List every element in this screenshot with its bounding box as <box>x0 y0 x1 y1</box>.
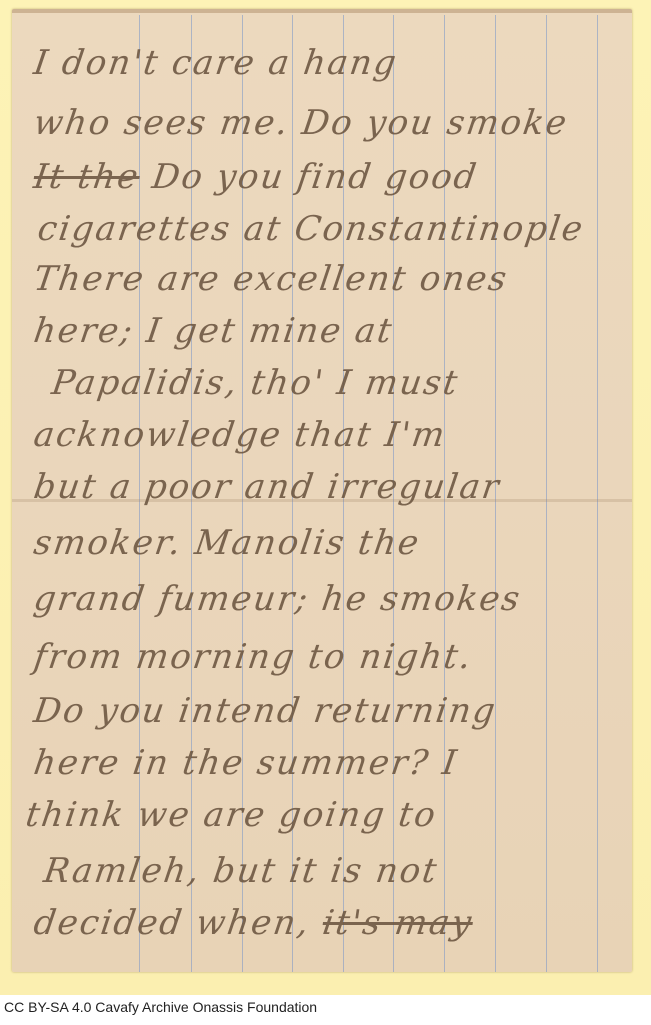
handwriting-line: cigarettes at Constantinople <box>35 209 587 249</box>
handwriting-line: but a poor and irregular <box>31 467 503 507</box>
handwriting-line: I don't care a hang <box>31 43 400 83</box>
handwriting-line: decided when, it's may <box>31 903 475 943</box>
handwritten-text: I don't care a hang who sees me. Do you … <box>12 9 632 972</box>
handwriting-line: acknowledge that I'm <box>31 415 449 455</box>
line-text: Do you find good <box>150 157 481 197</box>
handwriting-line: think we are going to <box>23 795 440 835</box>
struck-text: It the <box>31 157 142 197</box>
handwriting-line: There are excellent ones <box>31 259 511 299</box>
letter-page: I don't care a hang who sees me. Do you … <box>12 9 632 972</box>
handwriting-line: Papalidis, tho' I must <box>49 363 461 403</box>
handwriting-line: here in the summer? I <box>31 743 461 783</box>
handwriting-line: Ramleh, but it is not <box>41 851 441 891</box>
struck-text: it's may <box>320 903 475 943</box>
handwriting-line: grand fumeur; he smokes <box>31 579 524 619</box>
handwriting-line: here; I get mine at <box>31 311 396 351</box>
handwriting-line: Do you intend returning <box>31 691 499 731</box>
handwriting-line: from morning to night. <box>31 637 475 677</box>
line-text: decided when, <box>31 903 313 943</box>
handwriting-line: It the Do you find good <box>31 157 480 197</box>
license-caption: CC BY-SA 4.0 Cavafy Archive Onassis Foun… <box>4 999 317 1015</box>
handwriting-line: who sees me. Do you smoke <box>31 103 571 143</box>
handwriting-line: smoker. Manolis the <box>31 523 423 563</box>
